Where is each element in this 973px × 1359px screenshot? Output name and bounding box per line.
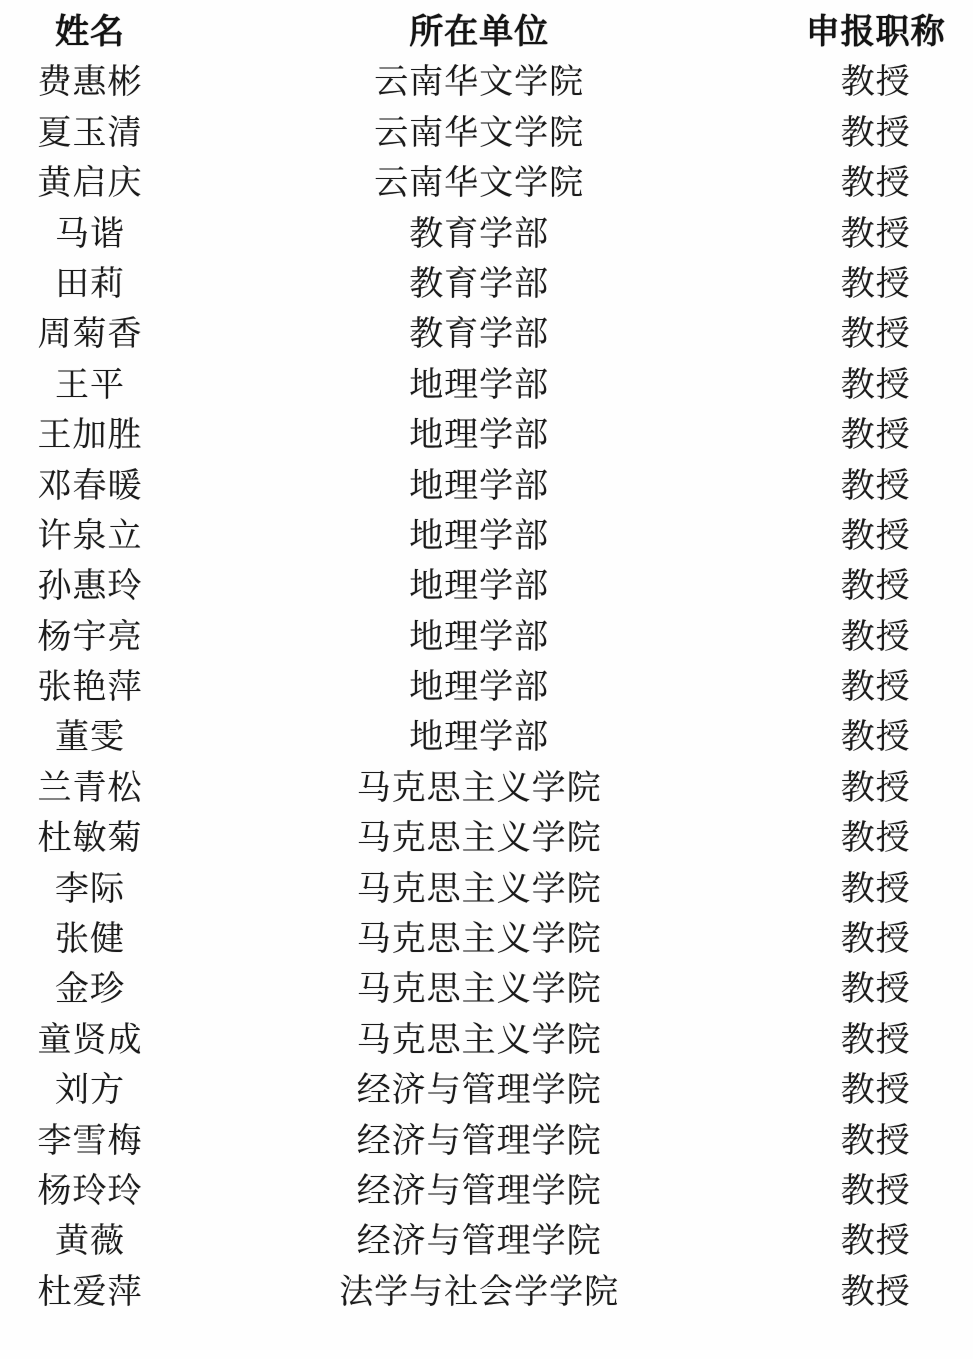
title-cell: 教授 — [778, 1267, 973, 1317]
title-cell: 教授 — [778, 158, 973, 208]
title-cell: 教授 — [778, 1116, 973, 1166]
name-cell: 孙惠玲 — [0, 561, 180, 611]
unit-cell: 地理学部 — [180, 712, 778, 762]
title-cell: 教授 — [778, 108, 973, 158]
table-row: 杨宇亮 地理学部 教授 — [0, 612, 973, 662]
unit-cell: 经济与管理学院 — [180, 1065, 778, 1115]
name-cell: 金珍 — [0, 964, 180, 1014]
title-cell: 教授 — [778, 712, 973, 762]
unit-cell: 地理学部 — [180, 612, 778, 662]
table-row: 张健 马克思主义学院 教授 — [0, 914, 973, 964]
title-cell: 教授 — [778, 561, 973, 611]
table-row: 孙惠玲 地理学部 教授 — [0, 561, 973, 611]
title-cell: 教授 — [778, 309, 973, 359]
title-cell: 教授 — [778, 763, 973, 813]
name-cell: 王平 — [0, 360, 180, 410]
unit-cell: 地理学部 — [180, 561, 778, 611]
unit-cell: 马克思主义学院 — [180, 813, 778, 863]
table-row: 马谐 教育学部 教授 — [0, 209, 973, 259]
unit-cell: 经济与管理学院 — [180, 1216, 778, 1266]
unit-cell: 马克思主义学院 — [180, 763, 778, 813]
unit-cell: 地理学部 — [180, 360, 778, 410]
name-cell: 马谐 — [0, 209, 180, 259]
title-cell: 教授 — [778, 410, 973, 460]
table-row: 兰青松 马克思主义学院 教授 — [0, 763, 973, 813]
title-cell: 教授 — [778, 864, 973, 914]
unit-cell: 地理学部 — [180, 461, 778, 511]
unit-cell: 云南华文学院 — [180, 108, 778, 158]
table-row: 黄薇 经济与管理学院 教授 — [0, 1216, 973, 1266]
table-row: 王加胜 地理学部 教授 — [0, 410, 973, 460]
name-cell: 王加胜 — [0, 410, 180, 460]
name-cell: 刘方 — [0, 1065, 180, 1115]
table-row: 杜爱萍 法学与社会学学院 教授 — [0, 1267, 973, 1317]
name-cell: 张艳萍 — [0, 662, 180, 712]
unit-cell: 经济与管理学院 — [180, 1116, 778, 1166]
unit-cell: 马克思主义学院 — [180, 964, 778, 1014]
table-row: 刘方 经济与管理学院 教授 — [0, 1065, 973, 1115]
name-cell: 兰青松 — [0, 763, 180, 813]
name-cell: 李际 — [0, 864, 180, 914]
table-row: 许泉立 地理学部 教授 — [0, 511, 973, 561]
name-cell: 杨玲玲 — [0, 1166, 180, 1216]
name-cell: 董雯 — [0, 712, 180, 762]
name-cell: 周菊香 — [0, 309, 180, 359]
title-cell: 教授 — [778, 662, 973, 712]
name-cell: 邓春暖 — [0, 461, 180, 511]
table-row: 杜敏菊 马克思主义学院 教授 — [0, 813, 973, 863]
title-cell: 教授 — [778, 1065, 973, 1115]
unit-cell: 云南华文学院 — [180, 57, 778, 107]
name-cell: 杜敏菊 — [0, 813, 180, 863]
title-cell: 教授 — [778, 360, 973, 410]
unit-cell: 马克思主义学院 — [180, 914, 778, 964]
name-cell: 杜爱萍 — [0, 1267, 180, 1317]
title-cell: 教授 — [778, 259, 973, 309]
table-row: 李雪梅 经济与管理学院 教授 — [0, 1116, 973, 1166]
name-cell: 李雪梅 — [0, 1116, 180, 1166]
title-cell: 教授 — [778, 1216, 973, 1266]
title-cell: 教授 — [778, 813, 973, 863]
table-row: 金珍 马克思主义学院 教授 — [0, 964, 973, 1014]
title-cell: 教授 — [778, 57, 973, 107]
title-cell: 教授 — [778, 964, 973, 1014]
table-row: 邓春暖 地理学部 教授 — [0, 461, 973, 511]
column-header-declared-title: 申报职称 — [778, 7, 973, 57]
name-cell: 黄薇 — [0, 1216, 180, 1266]
table-row: 费惠彬 云南华文学院 教授 — [0, 57, 973, 107]
name-cell: 杨宇亮 — [0, 612, 180, 662]
document-page: 姓名 所在单位 申报职称 费惠彬 云南华文学院 教授 夏玉清 云南华文学院 教授… — [0, 0, 973, 1359]
table-row: 王平 地理学部 教授 — [0, 360, 973, 410]
title-cell: 教授 — [778, 612, 973, 662]
name-cell: 田莉 — [0, 259, 180, 309]
name-cell: 费惠彬 — [0, 57, 180, 107]
table-row: 田莉 教育学部 教授 — [0, 259, 973, 309]
column-header-name: 姓名 — [0, 7, 180, 57]
name-cell: 许泉立 — [0, 511, 180, 561]
table-body: 费惠彬 云南华文学院 教授 夏玉清 云南华文学院 教授 黄启庆 云南华文学院 教… — [0, 57, 973, 1317]
title-cell: 教授 — [778, 209, 973, 259]
title-cell: 教授 — [778, 1015, 973, 1065]
unit-cell: 地理学部 — [180, 410, 778, 460]
unit-cell: 教育学部 — [180, 309, 778, 359]
unit-cell: 地理学部 — [180, 511, 778, 561]
title-cell: 教授 — [778, 914, 973, 964]
table-row: 周菊香 教育学部 教授 — [0, 309, 973, 359]
unit-cell: 经济与管理学院 — [180, 1166, 778, 1216]
table-row: 夏玉清 云南华文学院 教授 — [0, 108, 973, 158]
name-cell: 黄启庆 — [0, 158, 180, 208]
name-cell: 童贤成 — [0, 1015, 180, 1065]
title-cell: 教授 — [778, 511, 973, 561]
unit-cell: 教育学部 — [180, 259, 778, 309]
title-cell: 教授 — [778, 1166, 973, 1216]
table-row: 董雯 地理学部 教授 — [0, 712, 973, 762]
unit-cell: 法学与社会学学院 — [180, 1267, 778, 1317]
table-row: 童贤成 马克思主义学院 教授 — [0, 1015, 973, 1065]
unit-cell: 云南华文学院 — [180, 158, 778, 208]
table-row: 黄启庆 云南华文学院 教授 — [0, 158, 973, 208]
unit-cell: 教育学部 — [180, 209, 778, 259]
table-row: 张艳萍 地理学部 教授 — [0, 662, 973, 712]
title-cell: 教授 — [778, 461, 973, 511]
column-header-unit: 所在单位 — [180, 7, 778, 57]
unit-cell: 马克思主义学院 — [180, 864, 778, 914]
table-header-row: 姓名 所在单位 申报职称 — [0, 7, 973, 57]
faculty-title-table: 姓名 所在单位 申报职称 费惠彬 云南华文学院 教授 夏玉清 云南华文学院 教授… — [0, 7, 973, 1317]
table-row: 杨玲玲 经济与管理学院 教授 — [0, 1166, 973, 1216]
table-row: 李际 马克思主义学院 教授 — [0, 864, 973, 914]
unit-cell: 马克思主义学院 — [180, 1015, 778, 1065]
unit-cell: 地理学部 — [180, 662, 778, 712]
name-cell: 张健 — [0, 914, 180, 964]
name-cell: 夏玉清 — [0, 108, 180, 158]
